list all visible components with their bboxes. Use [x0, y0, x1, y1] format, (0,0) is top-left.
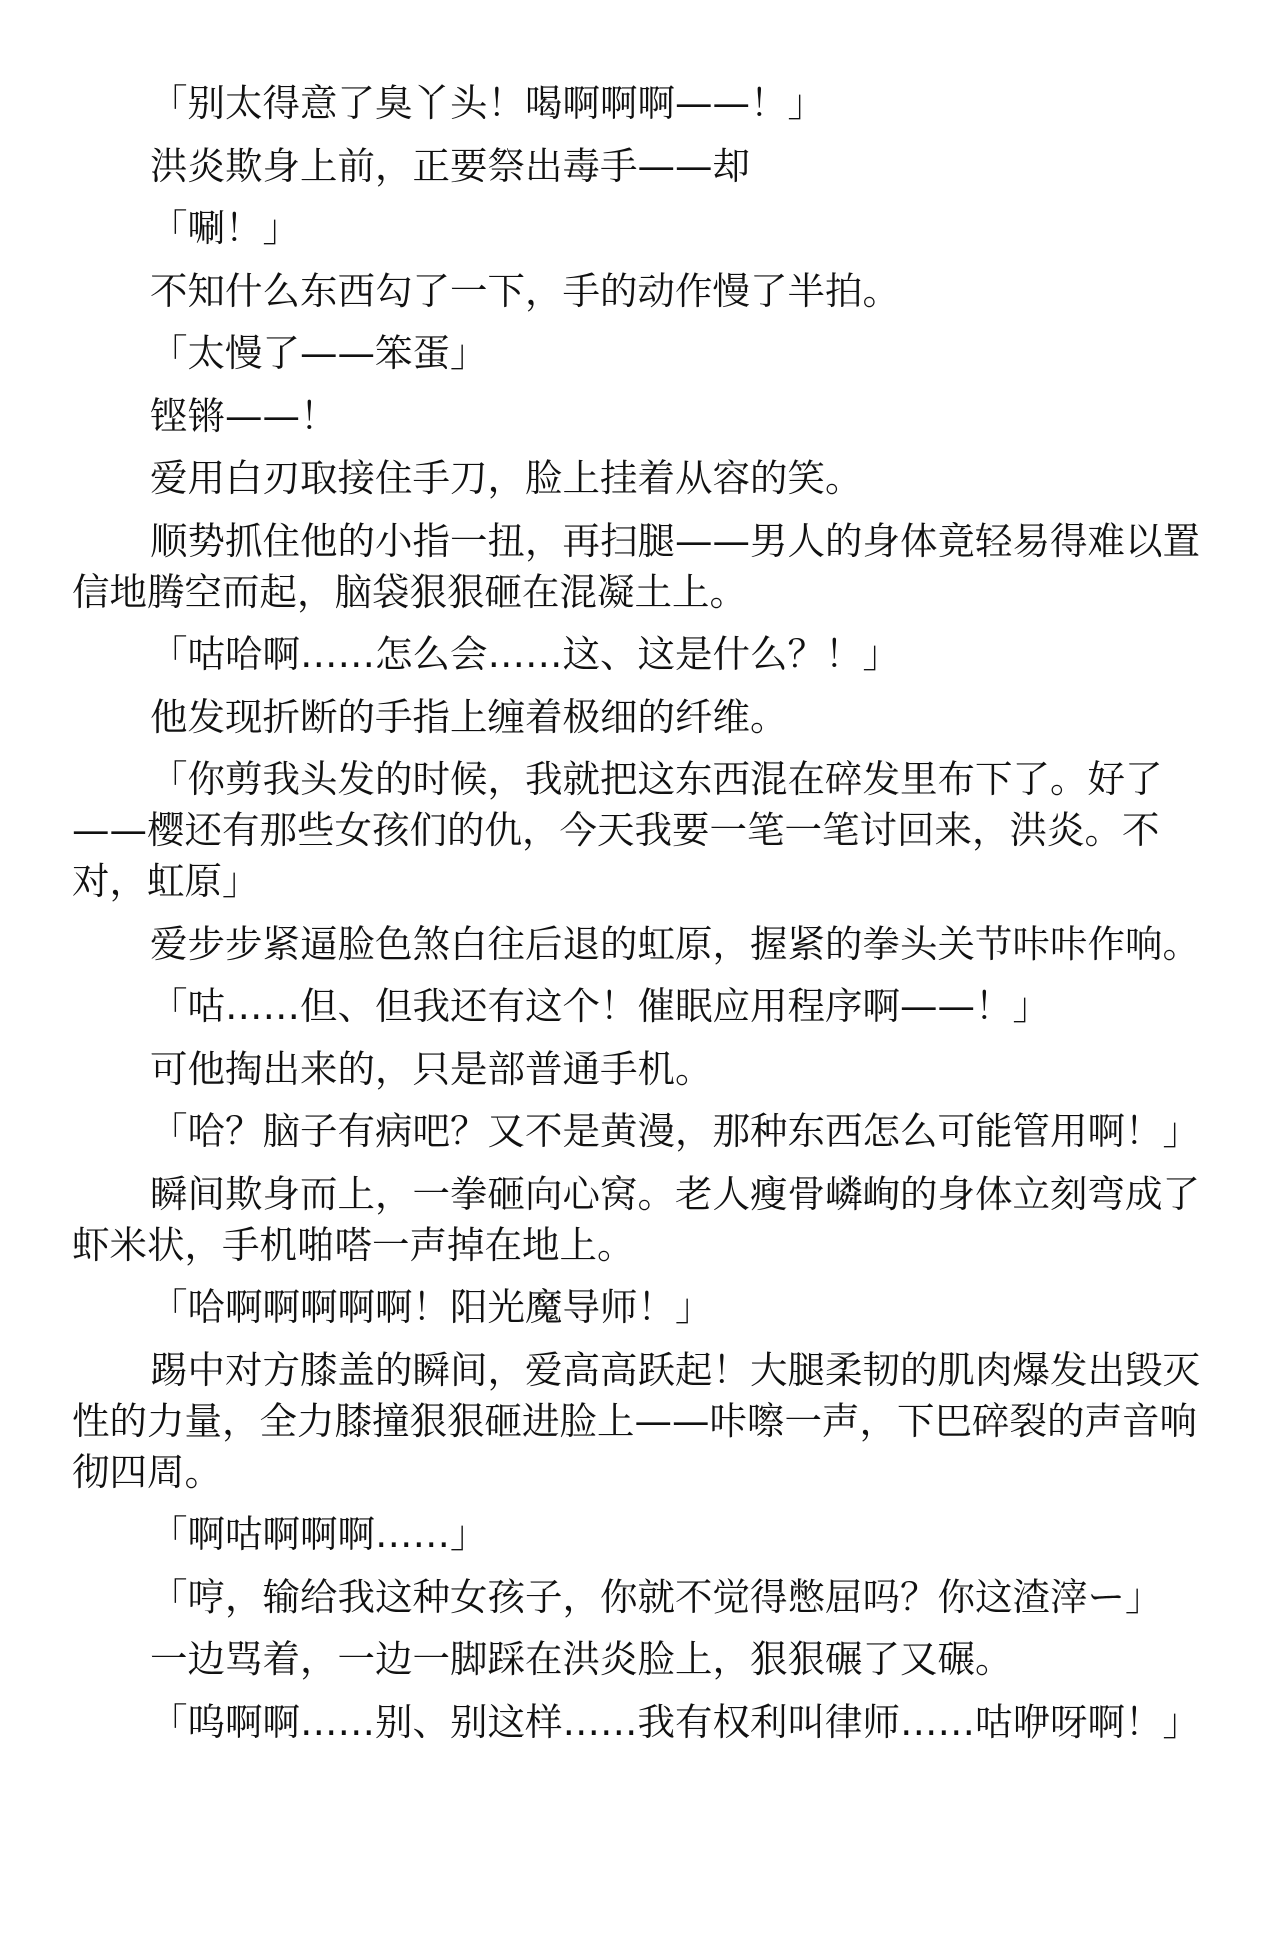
paragraph-narration: 铿锵——！ [72, 391, 1224, 442]
paragraph-dialogue: 「啊咕啊啊啊……」 [72, 1509, 1224, 1560]
paragraph-narration: 爱步步紧逼脸色煞白往后退的虹原，握紧的拳头关节咔咔作响。 [72, 919, 1224, 970]
paragraph-narration: 洪炎欺身上前，正要祭出毒手——却 [72, 141, 1224, 192]
paragraph-dialogue: 「咕……但、但我还有这个！催眠应用程序啊——！」 [72, 981, 1224, 1032]
paragraph-narration: 可他掏出来的，只是部普通手机。 [72, 1044, 1224, 1095]
paragraph-dialogue: 「你剪我头发的时候，我就把这东西混在碎发里布下了。好了——樱还有那些女孩们的仇，… [72, 754, 1224, 907]
paragraph-narration: 顺势抓住他的小指一扭，再扫腿——男人的身体竟轻易得难以置信地腾空而起，脑袋狠狠砸… [72, 516, 1224, 618]
paragraph-narration: 不知什么东西勾了一下，手的动作慢了半拍。 [72, 266, 1224, 317]
paragraph-narration: 爱用白刃取接住手刀，脸上挂着从容的笑。 [72, 453, 1224, 504]
paragraph-dialogue: 「唰！」 [72, 203, 1224, 254]
paragraph-dialogue: 「咕哈啊……怎么会……这、这是什么？！」 [72, 629, 1224, 680]
paragraph-dialogue: 「哈？脑子有病吧？又不是黄漫，那种东西怎么可能管用啊！」 [72, 1106, 1224, 1157]
paragraph-dialogue: 「哼，输给我这种女孩子，你就不觉得憋屈吗？你这渣滓ー」 [72, 1572, 1224, 1623]
document-page: 「别太得意了臭丫头！喝啊啊啊——！」 洪炎欺身上前，正要祭出毒手——却 「唰！」… [72, 78, 1224, 1759]
paragraph-dialogue: 「呜啊啊……别、别这样……我有权利叫律师……咕咿呀啊！」 [72, 1697, 1224, 1748]
paragraph-narration: 一边骂着，一边一脚踩在洪炎脸上，狠狠碾了又碾。 [72, 1634, 1224, 1685]
paragraph-narration: 踢中对方膝盖的瞬间，爱高高跃起！大腿柔韧的肌肉爆发出毁灭性的力量，全力膝撞狠狠砸… [72, 1345, 1224, 1498]
paragraph-narration: 他发现折断的手指上缠着极细的纤维。 [72, 692, 1224, 743]
paragraph-dialogue: 「别太得意了臭丫头！喝啊啊啊——！」 [72, 78, 1224, 129]
paragraph-dialogue: 「太慢了——笨蛋」 [72, 328, 1224, 379]
paragraph-dialogue: 「哈啊啊啊啊啊！阳光魔导师！」 [72, 1282, 1224, 1333]
paragraph-narration: 瞬间欺身而上，一拳砸向心窝。老人瘦骨嶙峋的身体立刻弯成了虾米状，手机啪嗒一声掉在… [72, 1169, 1224, 1271]
